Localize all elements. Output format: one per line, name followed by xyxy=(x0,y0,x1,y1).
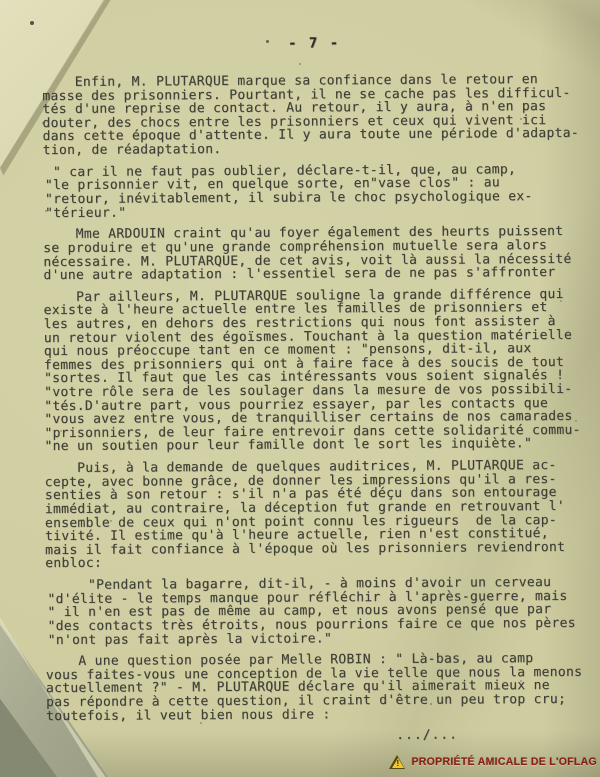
watermark: ! PROPRIÉTÉ AMICALE DE L'OFLAG xyxy=(389,755,597,769)
paragraph-par-ailleurs: Par ailleurs, M. PLUTARQUE souligne la g… xyxy=(44,287,600,454)
watermark-text: PROPRIÉTÉ AMICALE DE L'OFLAG xyxy=(411,756,597,769)
paragraph-question-robin: A une question posée par Melle ROBIN : "… xyxy=(46,652,600,724)
paragraph-mme-ardouin: Mme ARDOUIN craint qu'au foyer également… xyxy=(43,225,600,283)
paragraph-intro-plutarque: Enfin, M. PLUTARQUE marque sa confiance … xyxy=(42,72,600,157)
continuation-mark: .../... xyxy=(396,728,600,743)
paragraph-quote-vase-clos: " car il ne faut pas oublier, déclare-t-… xyxy=(45,162,600,220)
page-number: - 7 - xyxy=(288,34,600,51)
warning-triangle-icon: ! xyxy=(389,755,406,769)
scanned-document-page: - 7 - Enfin, M. PLUTARQUE marque sa conf… xyxy=(0,0,600,777)
exclamation-glyph: ! xyxy=(396,760,399,768)
paragraph-puis-demande: Puis, à la demande de quelques auditrice… xyxy=(45,459,600,572)
staple-hole-dot xyxy=(30,21,34,25)
paragraph-quote-bagarre: "Pendant la bagarre, dit-il, - à moins d… xyxy=(47,575,600,647)
typewritten-text: - 7 - Enfin, M. PLUTARQUE marque sa conf… xyxy=(0,34,600,745)
